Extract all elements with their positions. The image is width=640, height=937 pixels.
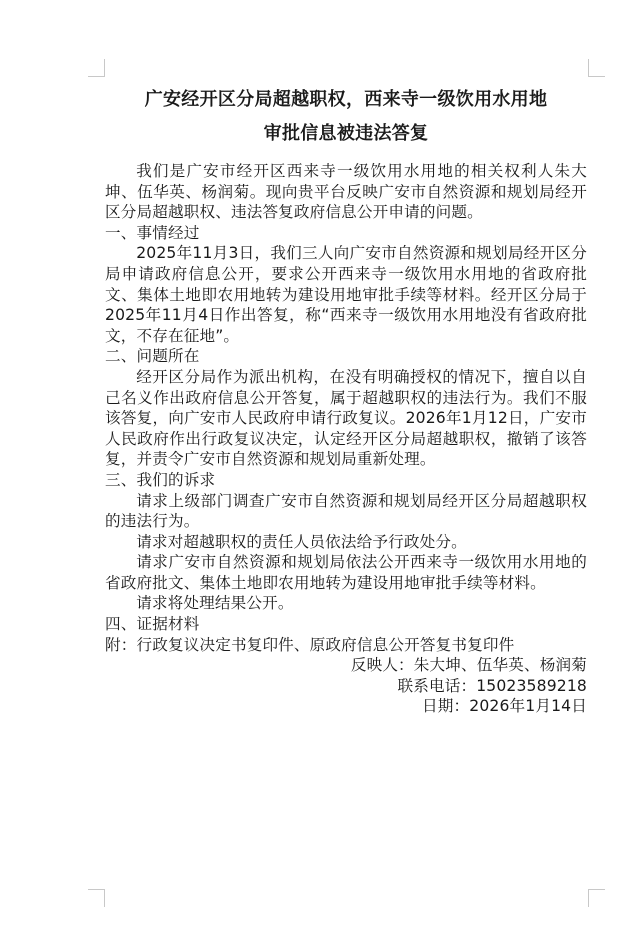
- intro-paragraph: 我们是广安市经开区西来寺一级饮用水用地的相关权利人朱大坤、伍华英、杨润菊。现向贵…: [105, 161, 587, 223]
- section-paragraph: 经开区分局作为派出机构，在没有明确授权的情况下，擅自以自己名义作出政府信息公开答…: [105, 367, 587, 470]
- section-heading-background: 一、事情经过: [105, 223, 587, 244]
- demand-item: 请求广安市自然资源和规划局依法公开西来寺一级饮用水用地的省政府批文、集体土地即农…: [105, 552, 587, 593]
- document-title-line-1: 广安经开区分局超越职权，西来寺一级饮用水用地: [105, 85, 587, 111]
- document-body: 我们是广安市经开区西来寺一级饮用水用地的相关权利人朱大坤、伍华英、杨润菊。现向贵…: [105, 161, 587, 717]
- page-corner-mark-top-left: [88, 59, 105, 77]
- section-heading-demands: 三、我们的诉求: [105, 470, 587, 491]
- section-paragraph: 2025年11月3日，我们三人向广安市自然资源和规划局经开区分局申请政府信息公开…: [105, 243, 587, 346]
- section-heading-issue: 二、问题所在: [105, 346, 587, 367]
- section-heading-evidence: 四、证据材料: [105, 614, 587, 635]
- signature-reporters: 反映人：朱大坤、伍华英、杨润菊: [105, 655, 587, 676]
- demand-item: 请求上级部门调查广安市自然资源和规划局经开区分局超越职权的违法行为。: [105, 491, 587, 532]
- signature-phone: 联系电话：15023589218: [105, 676, 587, 697]
- document-title-line-2: 审批信息被违法答复: [105, 119, 587, 145]
- demand-item: 请求将处理结果公开。: [105, 593, 587, 614]
- page-corner-mark-bottom-left: [88, 889, 105, 907]
- demand-item: 请求对超越职权的责任人员依法给予行政处分。: [105, 532, 587, 553]
- attachment-line: 附：行政复议决定书复印件、原政府信息公开答复书复印件: [105, 635, 587, 656]
- signature-date: 日期：2026年1月14日: [105, 696, 587, 717]
- page-corner-mark-bottom-right: [588, 889, 605, 907]
- page-corner-mark-top-right: [588, 59, 605, 77]
